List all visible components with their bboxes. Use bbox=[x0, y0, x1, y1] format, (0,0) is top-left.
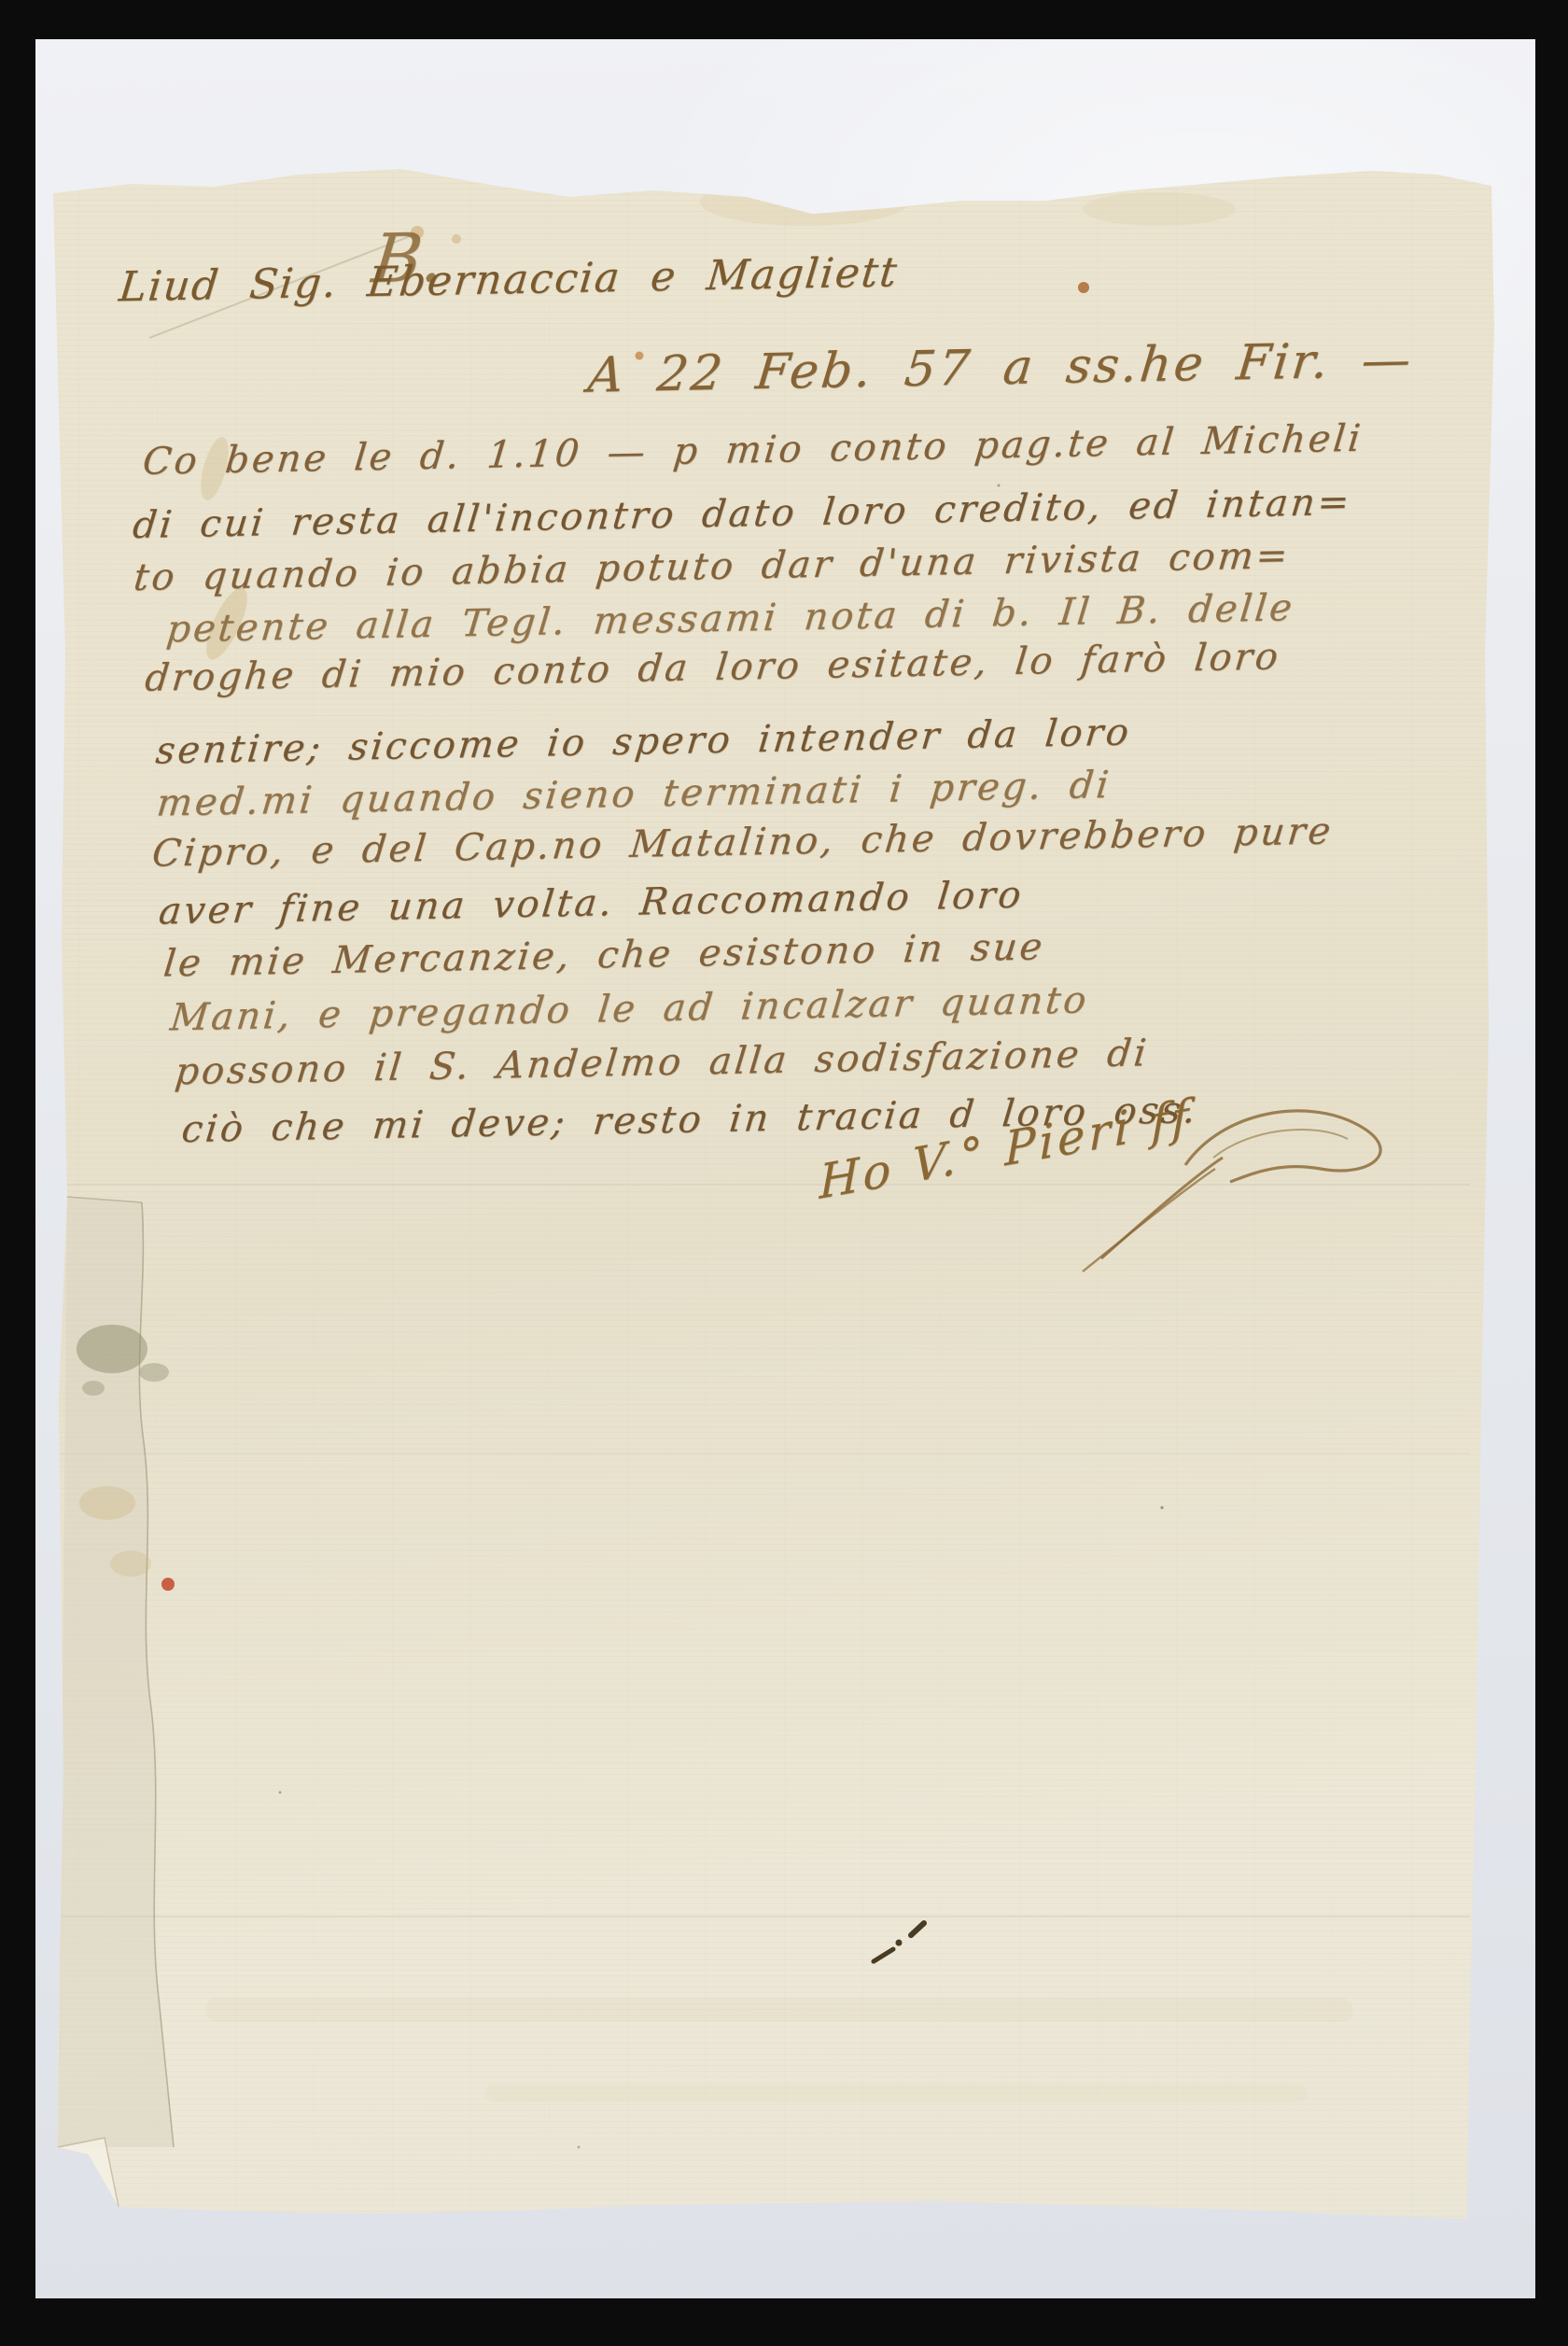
date-line: A 22 Feb. 57 a ss.he Fir. — bbox=[585, 332, 1416, 404]
manuscript-line: Co bene le d. 1.10 — p mio conto pag.te … bbox=[141, 417, 1365, 484]
photo-scene: B. Liud Sig. Ebernaccia e Magliett A 22 … bbox=[0, 0, 1568, 2346]
manuscript-line: aver fine una volta. Raccomando loro bbox=[157, 874, 1026, 934]
manuscript-line: med.mi quando sieno terminati i preg. di bbox=[155, 764, 1113, 825]
manuscript-line: Mani, e pregando le ad incalzar quanto bbox=[168, 978, 1091, 1039]
letter-paper: B. Liud Sig. Ebernaccia e Magliett A 22 … bbox=[0, 0, 1568, 2346]
manuscript-line: possono il S. Andelmo alla sodisfazione … bbox=[173, 1032, 1151, 1093]
manuscript-line: sentire; siccome io spero intender da lo… bbox=[154, 710, 1134, 772]
manuscript-line: le mie Mercanzie, che esistono in sue bbox=[161, 925, 1047, 985]
manuscript-text: B. Liud Sig. Ebernaccia e Magliett A 22 … bbox=[0, 0, 1568, 2346]
recipient-line: Liud Sig. Ebernaccia e Magliett bbox=[117, 248, 901, 311]
